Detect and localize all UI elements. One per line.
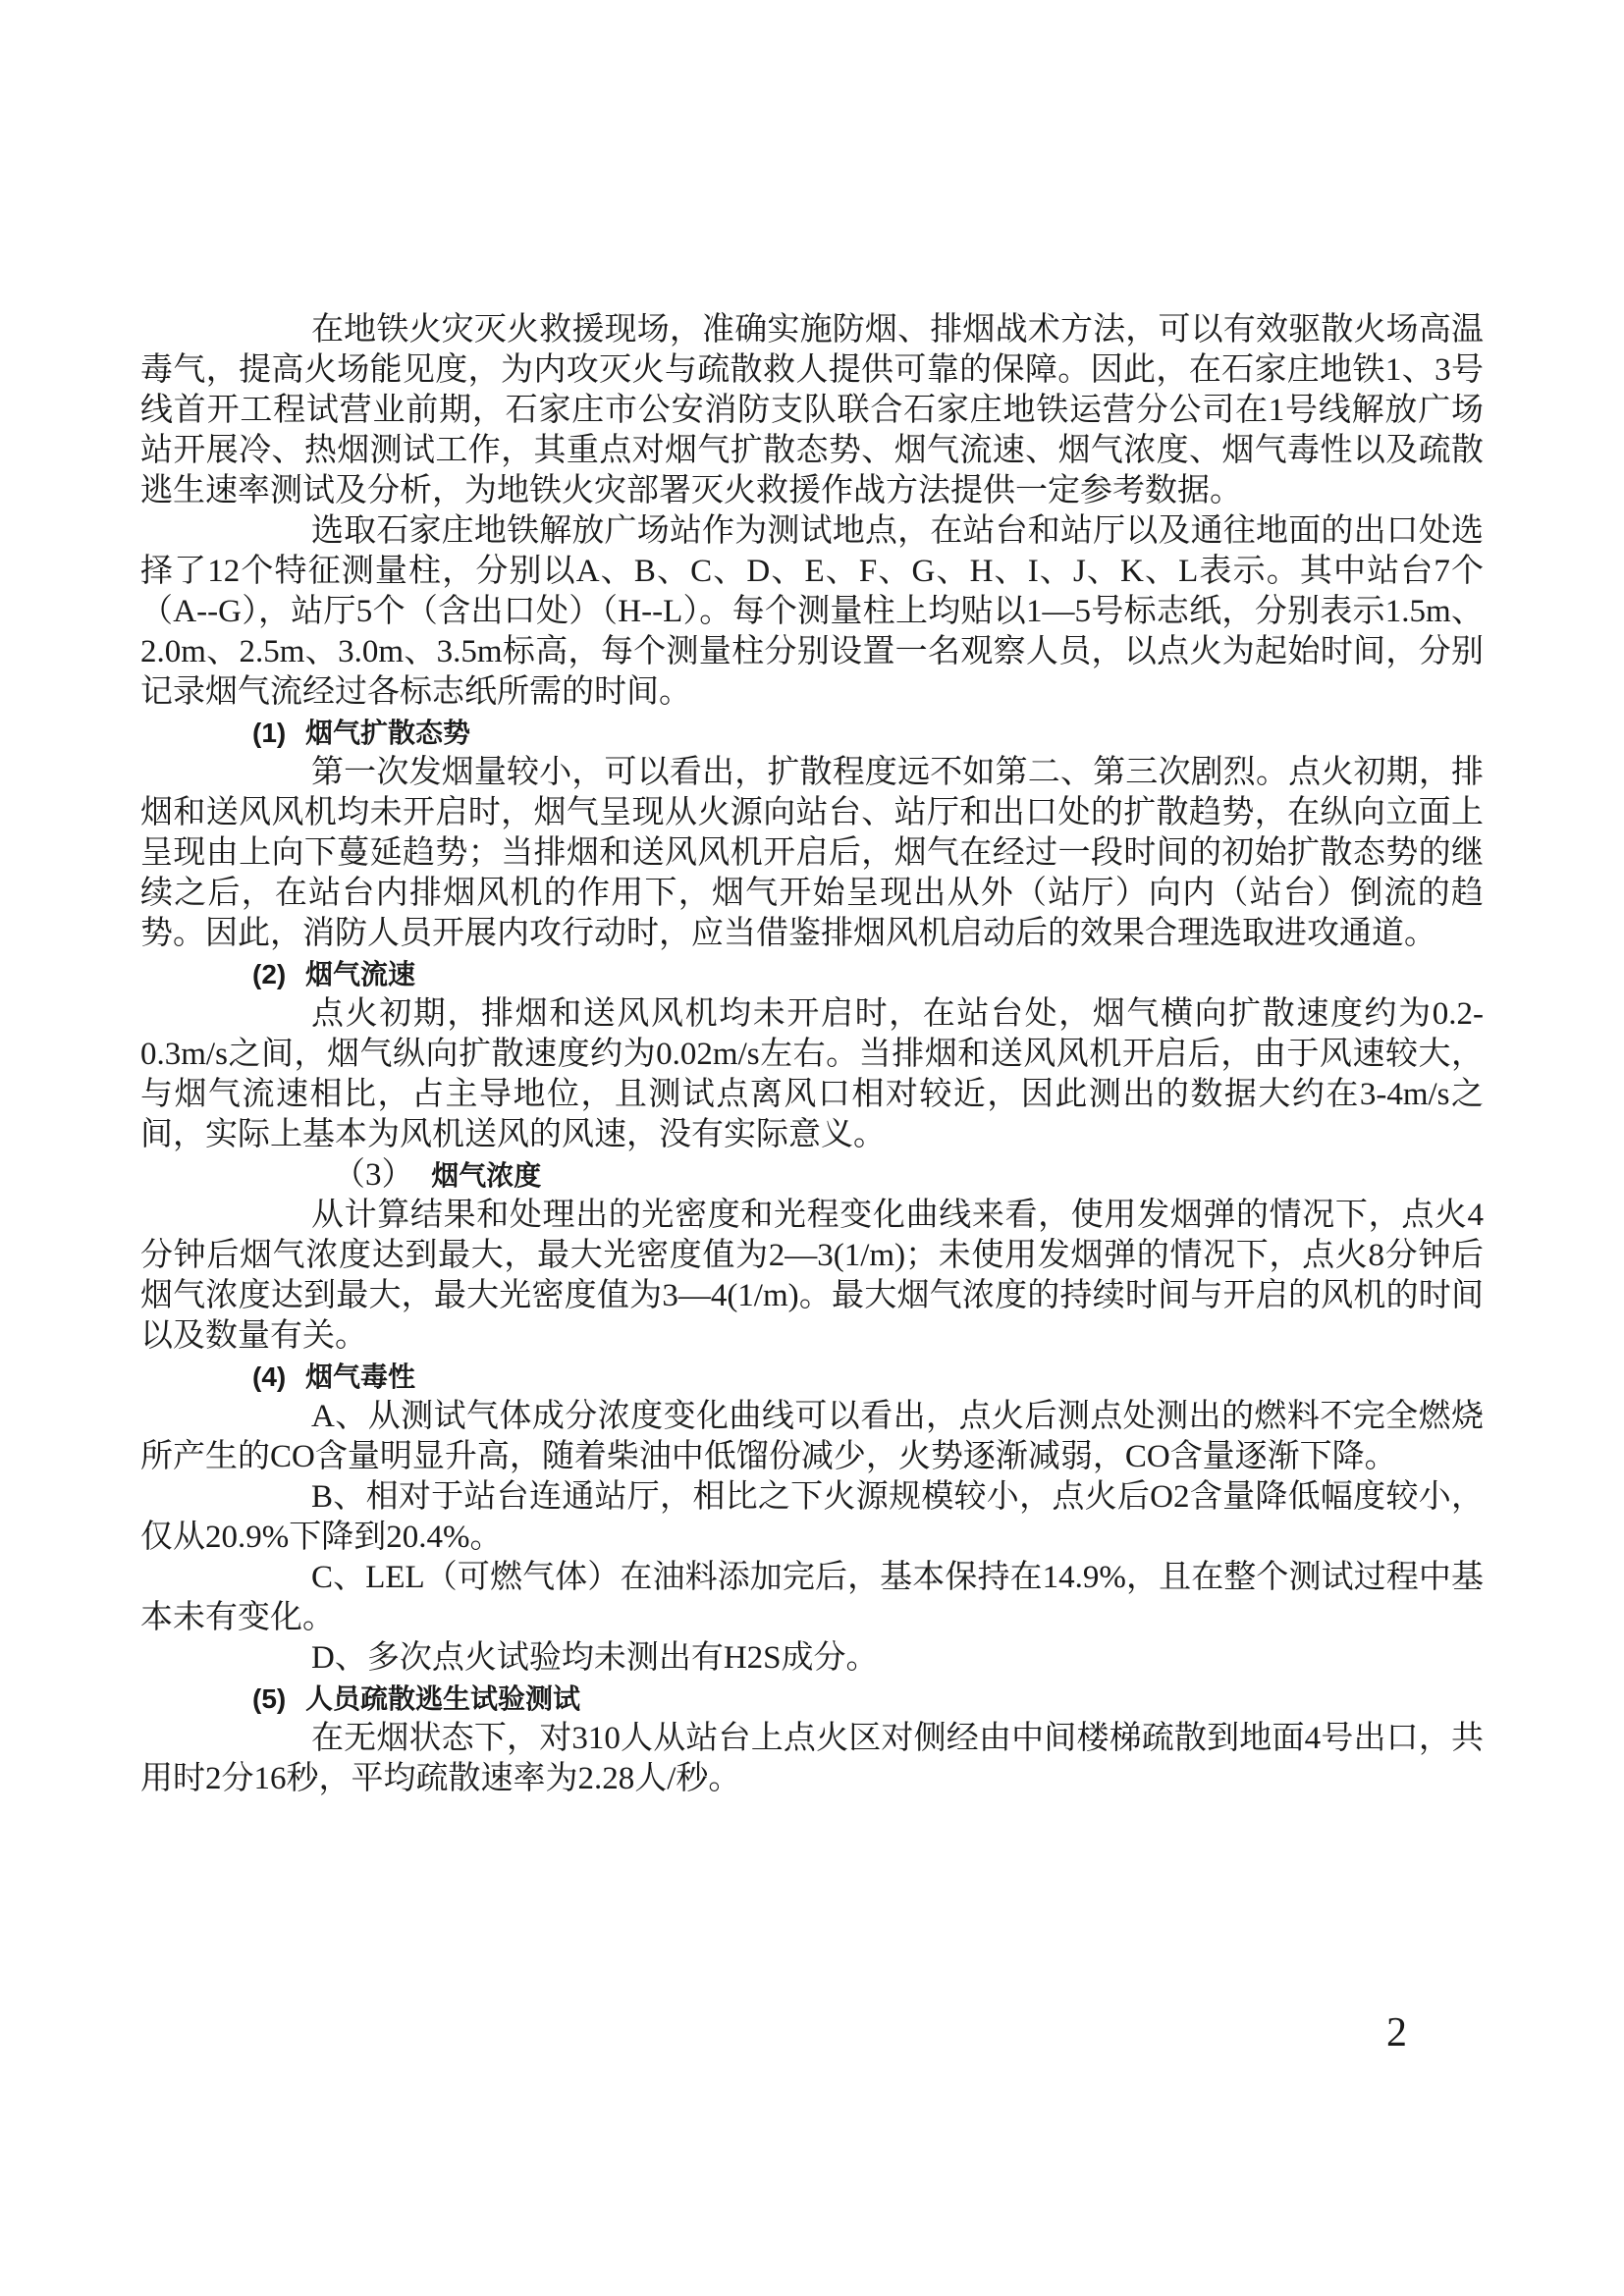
paragraph-toxicity-a: A、从测试气体成分浓度变化曲线可以看出，点火后测点处测出的燃料不完全燃烧所产生的… <box>140 1397 1484 1477</box>
paragraph-toxicity-d: D、多次点火试验均未测出有H2S成分。 <box>140 1638 1484 1679</box>
section-heading-smoke-toxicity: (4) 烟气毒性 <box>140 1357 1484 1397</box>
section-title: 烟气毒性 <box>305 1362 415 1392</box>
section-heading-evacuation-test: (5) 人员疏散逃生试验测试 <box>140 1679 1484 1719</box>
paragraph-smoke-spread: 第一次发烟量较小，可以看出，扩散程度远不如第二、第三次剧烈。点火初期，排烟和送风… <box>140 753 1484 954</box>
section-heading-smoke-concentration: （3） 烟气浓度 <box>140 1155 1484 1196</box>
section-title: 人员疏散逃生试验测试 <box>305 1683 580 1714</box>
paragraph-smoke-speed: 点火初期，排烟和送风风机均未开启时，在站台处，烟气横向扩散速度约为0.2-0.3… <box>140 994 1484 1155</box>
paragraph-smoke-concentration: 从计算结果和处理出的光密度和光程变化曲线来看，使用发烟弹的情况下，点火4分钟后烟… <box>140 1196 1484 1357</box>
document-content: 在地铁火灾灭火救援现场，准确实施防烟、排烟战术方法，可以有效驱散火场高温毒气，提… <box>140 310 1484 1799</box>
section-title: 烟气扩散态势 <box>305 718 470 748</box>
page-number: 2 <box>1386 2012 1407 2054</box>
section-heading-smoke-spread: (1) 烟气扩散态势 <box>140 713 1484 753</box>
section-title: 烟气流速 <box>305 959 415 989</box>
section-number: (5) <box>252 1683 286 1714</box>
paragraph-toxicity-c: C、LEL（可燃气体）在油料添加完后，基本保持在14.9%，且在整个测试过程中基… <box>140 1558 1484 1638</box>
paragraph-test-setup: 选取石家庄地铁解放广场站作为测试地点，在站台和站厅以及通往地面的出口处选择了12… <box>140 511 1484 713</box>
document-page: 在地铁火灾灭火救援现场，准确实施防烟、排烟战术方法，可以有效驱散火场高温毒气，提… <box>0 0 1624 2296</box>
paragraph-toxicity-b: B、相对于站台连通站厅，相比之下火源规模较小，点火后O2含量降低幅度较小，仅从2… <box>140 1477 1484 1558</box>
section-heading-smoke-speed: (2) 烟气流速 <box>140 954 1484 994</box>
paragraph-intro: 在地铁火灾灭火救援现场，准确实施防烟、排烟战术方法，可以有效驱散火场高温毒气，提… <box>140 310 1484 511</box>
section-number: (1) <box>252 718 286 748</box>
section-number: (2) <box>252 959 286 989</box>
section-number: （3） <box>333 1157 414 1193</box>
section-title: 烟气浓度 <box>431 1160 541 1191</box>
section-number: (4) <box>252 1362 286 1392</box>
paragraph-evacuation-test: 在无烟状态下，对310人从站台上点火区对侧经由中间楼梯疏散到地面4号出口，共用时… <box>140 1719 1484 1799</box>
